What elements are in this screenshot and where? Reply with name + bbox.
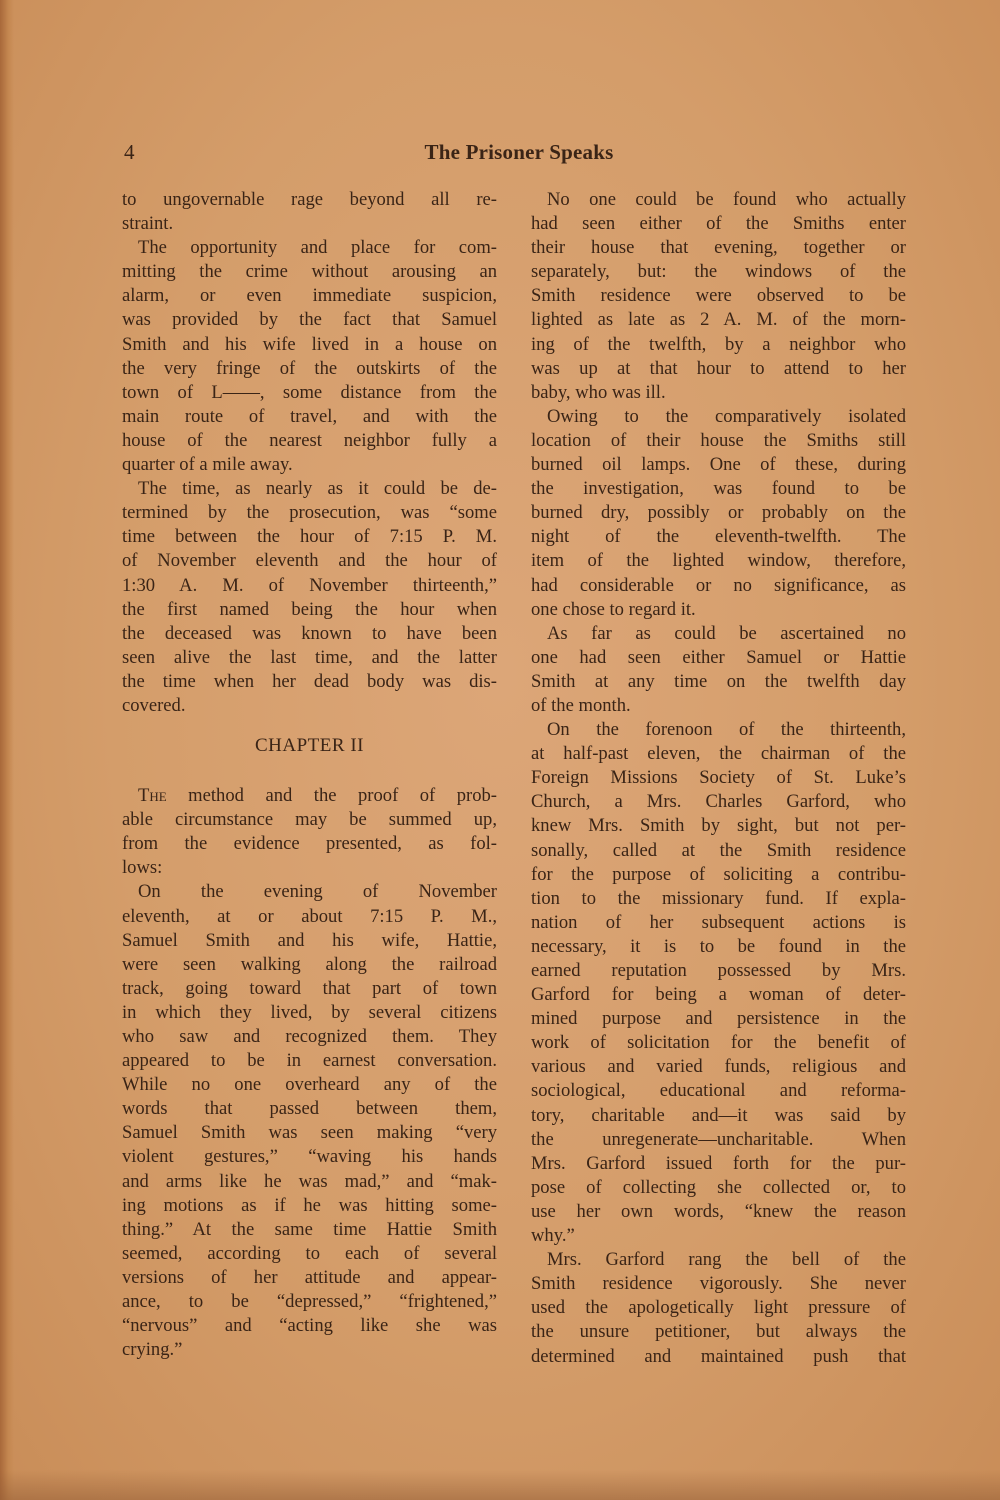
- text-line: used the apologetically light pressure o…: [531, 1296, 906, 1320]
- text-line: Foreign Missions Society of St. Luke’s: [531, 766, 906, 790]
- text-line: of the month.: [531, 694, 906, 718]
- text-line: had considerable or no significance, as: [531, 574, 906, 598]
- text-line: As far as could be ascertained no: [531, 622, 906, 646]
- text-line: the unsure petitioner, but always the: [531, 1320, 906, 1344]
- text-line: was provided by the fact that Samuel: [122, 308, 497, 332]
- text-line: ing motions as if he was hitting some-: [122, 1194, 497, 1218]
- text-line: were seen walking along the railroad: [122, 953, 497, 977]
- text-line: various and varied funds, religious and: [531, 1055, 906, 1079]
- paragraph: On the evening of November eleventh, at …: [122, 880, 497, 1362]
- paragraph: The time, as nearly as it could be de- t…: [122, 477, 497, 718]
- left-column: to ungovernable rage beyond all re- stra…: [122, 188, 497, 1362]
- text-line: tion to the missionary fund. If expla-: [531, 887, 906, 911]
- text-line: crying.”: [122, 1338, 497, 1362]
- text-line: No one could be found who actually: [531, 188, 906, 212]
- text-line: Smith at any time on the twelfth day: [531, 670, 906, 694]
- text-line: appeared to be in earnest conversation.: [122, 1049, 497, 1073]
- drop-lead-word: The: [138, 785, 167, 806]
- text-line: the very fringe of the outskirts of the: [122, 357, 497, 381]
- book-page: 4 The Prisoner Speaks to ungovernable ra…: [0, 0, 1000, 1500]
- text-line: The method and the proof of prob-: [122, 784, 497, 808]
- text-line: separately, but: the windows of the: [531, 260, 906, 284]
- text-line: who saw and recognized them. They: [122, 1025, 497, 1049]
- text-line: The opportunity and place for com-: [122, 236, 497, 260]
- text-line: knew Mrs. Smith by sight, but not per-: [531, 814, 906, 838]
- text-line: tory, charitable and—it was said by: [531, 1104, 906, 1128]
- text-line: burned oil lamps. One of these, during: [531, 453, 906, 477]
- text-line: track, going toward that part of town: [122, 977, 497, 1001]
- text-line: the deceased was known to have been: [122, 622, 497, 646]
- text-line: Smith residence vigorously. She never: [531, 1272, 906, 1296]
- text-line: On the evening of November: [122, 880, 497, 904]
- text-line: 1:30 A. M. of November thirteenth,”: [122, 574, 497, 598]
- text-line: time between the hour of 7:15 P. M.: [122, 525, 497, 549]
- text-line: baby, who was ill.: [531, 381, 906, 405]
- text-line: alarm, or even immediate suspicion,: [122, 284, 497, 308]
- page-binding-edge: [0, 0, 14, 1500]
- text-line: why.”: [531, 1224, 906, 1248]
- text-line: sociological, educational and reforma-: [531, 1079, 906, 1103]
- right-column: No one could be found who actually had s…: [531, 188, 906, 1369]
- text-line: had seen either of the Smiths enter: [531, 212, 906, 236]
- text-line: sonally, called at the Smith residence: [531, 839, 906, 863]
- text-line: and arms like he was mad,” and “mak-: [122, 1170, 497, 1194]
- text-line: in which they lived, by several citizens: [122, 1001, 497, 1025]
- paragraph: Owing to the comparatively isolated loca…: [531, 405, 906, 622]
- paragraph: Mrs. Garford rang the bell of the Smith …: [531, 1248, 906, 1368]
- text-line: seen alive the last time, and the latter: [122, 646, 497, 670]
- text-line: main route of travel, and with the: [122, 405, 497, 429]
- text-line: necessary, it is to be found in the: [531, 935, 906, 959]
- text-line: their house that evening, together or: [531, 236, 906, 260]
- text-line: the first named being the hour when: [122, 598, 497, 622]
- text-line: at half-past eleven, the chairman of the: [531, 742, 906, 766]
- text-line: location of their house the Smiths still: [531, 429, 906, 453]
- text-line: one chose to regard it.: [531, 598, 906, 622]
- text-line: words that passed between them,: [122, 1097, 497, 1121]
- text-line: seemed, according to each of several: [122, 1242, 497, 1266]
- text-line: ance, to be “depressed,” “frightened,”: [122, 1290, 497, 1314]
- text-line: thing.” At the same time Hattie Smith: [122, 1218, 497, 1242]
- text-line: item of the lighted window, therefore,: [531, 549, 906, 573]
- text-line: to ungovernable rage beyond all re-: [122, 188, 497, 212]
- text-line: was up at that hour to attend to her: [531, 357, 906, 381]
- paragraph: No one could be found who actually had s…: [531, 188, 906, 405]
- text-line: Mrs. Garford rang the bell of the: [531, 1248, 906, 1272]
- text-line: the time when her dead body was dis-: [122, 670, 497, 694]
- text-line: Owing to the comparatively isolated: [531, 405, 906, 429]
- paragraph: The opportunity and place for com- mitti…: [122, 236, 497, 477]
- text-line: Mrs. Garford issued forth for the pur-: [531, 1152, 906, 1176]
- text-line: straint.: [122, 212, 497, 236]
- text-line: house of the nearest neighbor fully a: [122, 429, 497, 453]
- text-line: covered.: [122, 694, 497, 718]
- text-line: Samuel Smith and his wife, Hattie,: [122, 929, 497, 953]
- text-line: termined by the prosecution, was “some: [122, 501, 497, 525]
- text-line: violent gestures,” “waving his hands: [122, 1145, 497, 1169]
- paragraph: The method and the proof of prob- able c…: [122, 784, 497, 880]
- text-line: quarter of a mile away.: [122, 453, 497, 477]
- text-line: versions of her attitude and appear-: [122, 1266, 497, 1290]
- text-line: one had seen either Samuel or Hattie: [531, 646, 906, 670]
- text-line: mitting the crime without arousing an: [122, 260, 497, 284]
- text-line: eleventh, at or about 7:15 P. M.,: [122, 905, 497, 929]
- text-line: burned dry, possibly or probably on the: [531, 501, 906, 525]
- text-line: of November eleventh and the hour of: [122, 549, 497, 573]
- running-title: The Prisoner Speaks: [124, 140, 914, 165]
- text-line: nation of her subsequent actions is: [531, 911, 906, 935]
- paragraph: As far as could be ascertained no one ha…: [531, 622, 906, 718]
- text-line: lighted as late as 2 A. M. of the morn-: [531, 308, 906, 332]
- text-line: While no one overheard any of the: [122, 1073, 497, 1097]
- text-line: On the forenoon of the thirteenth,: [531, 718, 906, 742]
- text-line: use her own words, “knew the reason: [531, 1200, 906, 1224]
- text-line: lows:: [122, 856, 497, 880]
- text-line: determined and maintained push that: [531, 1345, 906, 1369]
- page-header: 4 The Prisoner Speaks: [124, 140, 914, 170]
- text-line: “nervous” and “acting like she was: [122, 1314, 497, 1338]
- text-line: able circumstance may be summed up,: [122, 808, 497, 832]
- text-line: pose of collecting she collected or, to: [531, 1176, 906, 1200]
- text-line: ing of the twelfth, by a neighbor who: [531, 333, 906, 357]
- text-line: from the evidence presented, as fol-: [122, 832, 497, 856]
- text-line: earned reputation possessed by Mrs.: [531, 959, 906, 983]
- text-line: Garford for being a woman of deter-: [531, 983, 906, 1007]
- text-fragment: method and the proof of prob-: [167, 785, 497, 806]
- text-line: Smith and his wife lived in a house on: [122, 333, 497, 357]
- page-bottom-shadow: [0, 1470, 1000, 1500]
- text-line: work of solicitation for the benefit of: [531, 1031, 906, 1055]
- chapter-heading: CHAPTER II: [122, 734, 497, 758]
- text-line: The time, as nearly as it could be de-: [122, 477, 497, 501]
- text-line: Samuel Smith was seen making “very: [122, 1121, 497, 1145]
- text-line: the investigation, was found to be: [531, 477, 906, 501]
- text-line: night of the eleventh-twelfth. The: [531, 525, 906, 549]
- text-line: town of L——, some distance from the: [122, 381, 497, 405]
- paragraph: On the forenoon of the thirteenth, at ha…: [531, 718, 906, 1248]
- text-line: mined purpose and persistence in the: [531, 1007, 906, 1031]
- text-line: the unregenerate—uncharitable. When: [531, 1128, 906, 1152]
- paragraph: to ungovernable rage beyond all re- stra…: [122, 188, 497, 236]
- text-line: for the purpose of soliciting a contribu…: [531, 863, 906, 887]
- text-line: Church, a Mrs. Charles Garford, who: [531, 790, 906, 814]
- text-line: Smith residence were observed to be: [531, 284, 906, 308]
